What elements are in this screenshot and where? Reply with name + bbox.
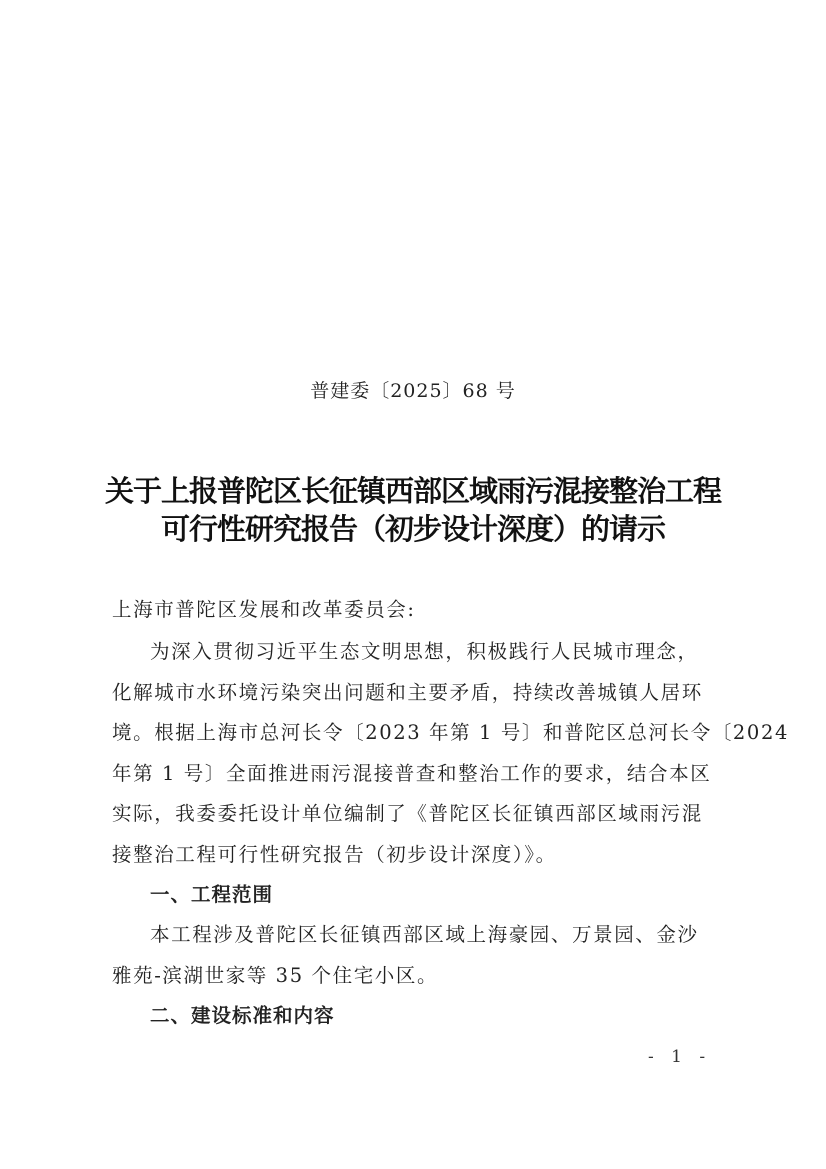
document-title-line-2: 可行性研究报告（初步设计深度）的请示 bbox=[0, 512, 826, 546]
page-number: - 1 - bbox=[648, 1047, 711, 1067]
section-heading-1: 一、工程范围 bbox=[150, 882, 273, 908]
body-line: 境。根据上海市总河长令〔2023 年第 1 号〕和普陀区总河长令〔2024 bbox=[112, 720, 724, 746]
document-page: 普建委〔2025〕68 号 关于上报普陀区长征镇西部区域雨污混接整治工程 可行性… bbox=[0, 0, 826, 1169]
body-line: 年第 1 号〕全面推进雨污混接普查和整治工作的要求，结合本区 bbox=[112, 761, 724, 787]
body-line: 为深入贯彻习近平生态文明思想，积极践行人民城市理念， bbox=[150, 639, 724, 665]
body-line: 接整治工程可行性研究报告（初步设计深度）》。 bbox=[112, 842, 724, 868]
section-1-line: 本工程涉及普陀区长征镇西部区域上海豪园、万景园、金沙 bbox=[150, 922, 724, 948]
body-line: 化解城市水环境污染突出问题和主要矛盾，持续改善城镇人居环 bbox=[112, 680, 724, 706]
addressee: 上海市普陀区发展和改革委员会: bbox=[112, 597, 724, 623]
document-title-line-1: 关于上报普陀区长征镇西部区域雨污混接整治工程 bbox=[0, 474, 826, 508]
section-heading-2: 二、建设标准和内容 bbox=[150, 1003, 335, 1029]
body-line: 实际，我委委托设计单位编制了《普陀区长征镇西部区域雨污混 bbox=[112, 801, 724, 827]
section-1-line: 雅苑-滨湖世家等 35 个住宅小区。 bbox=[112, 963, 724, 989]
document-number: 普建委〔2025〕68 号 bbox=[0, 376, 826, 403]
